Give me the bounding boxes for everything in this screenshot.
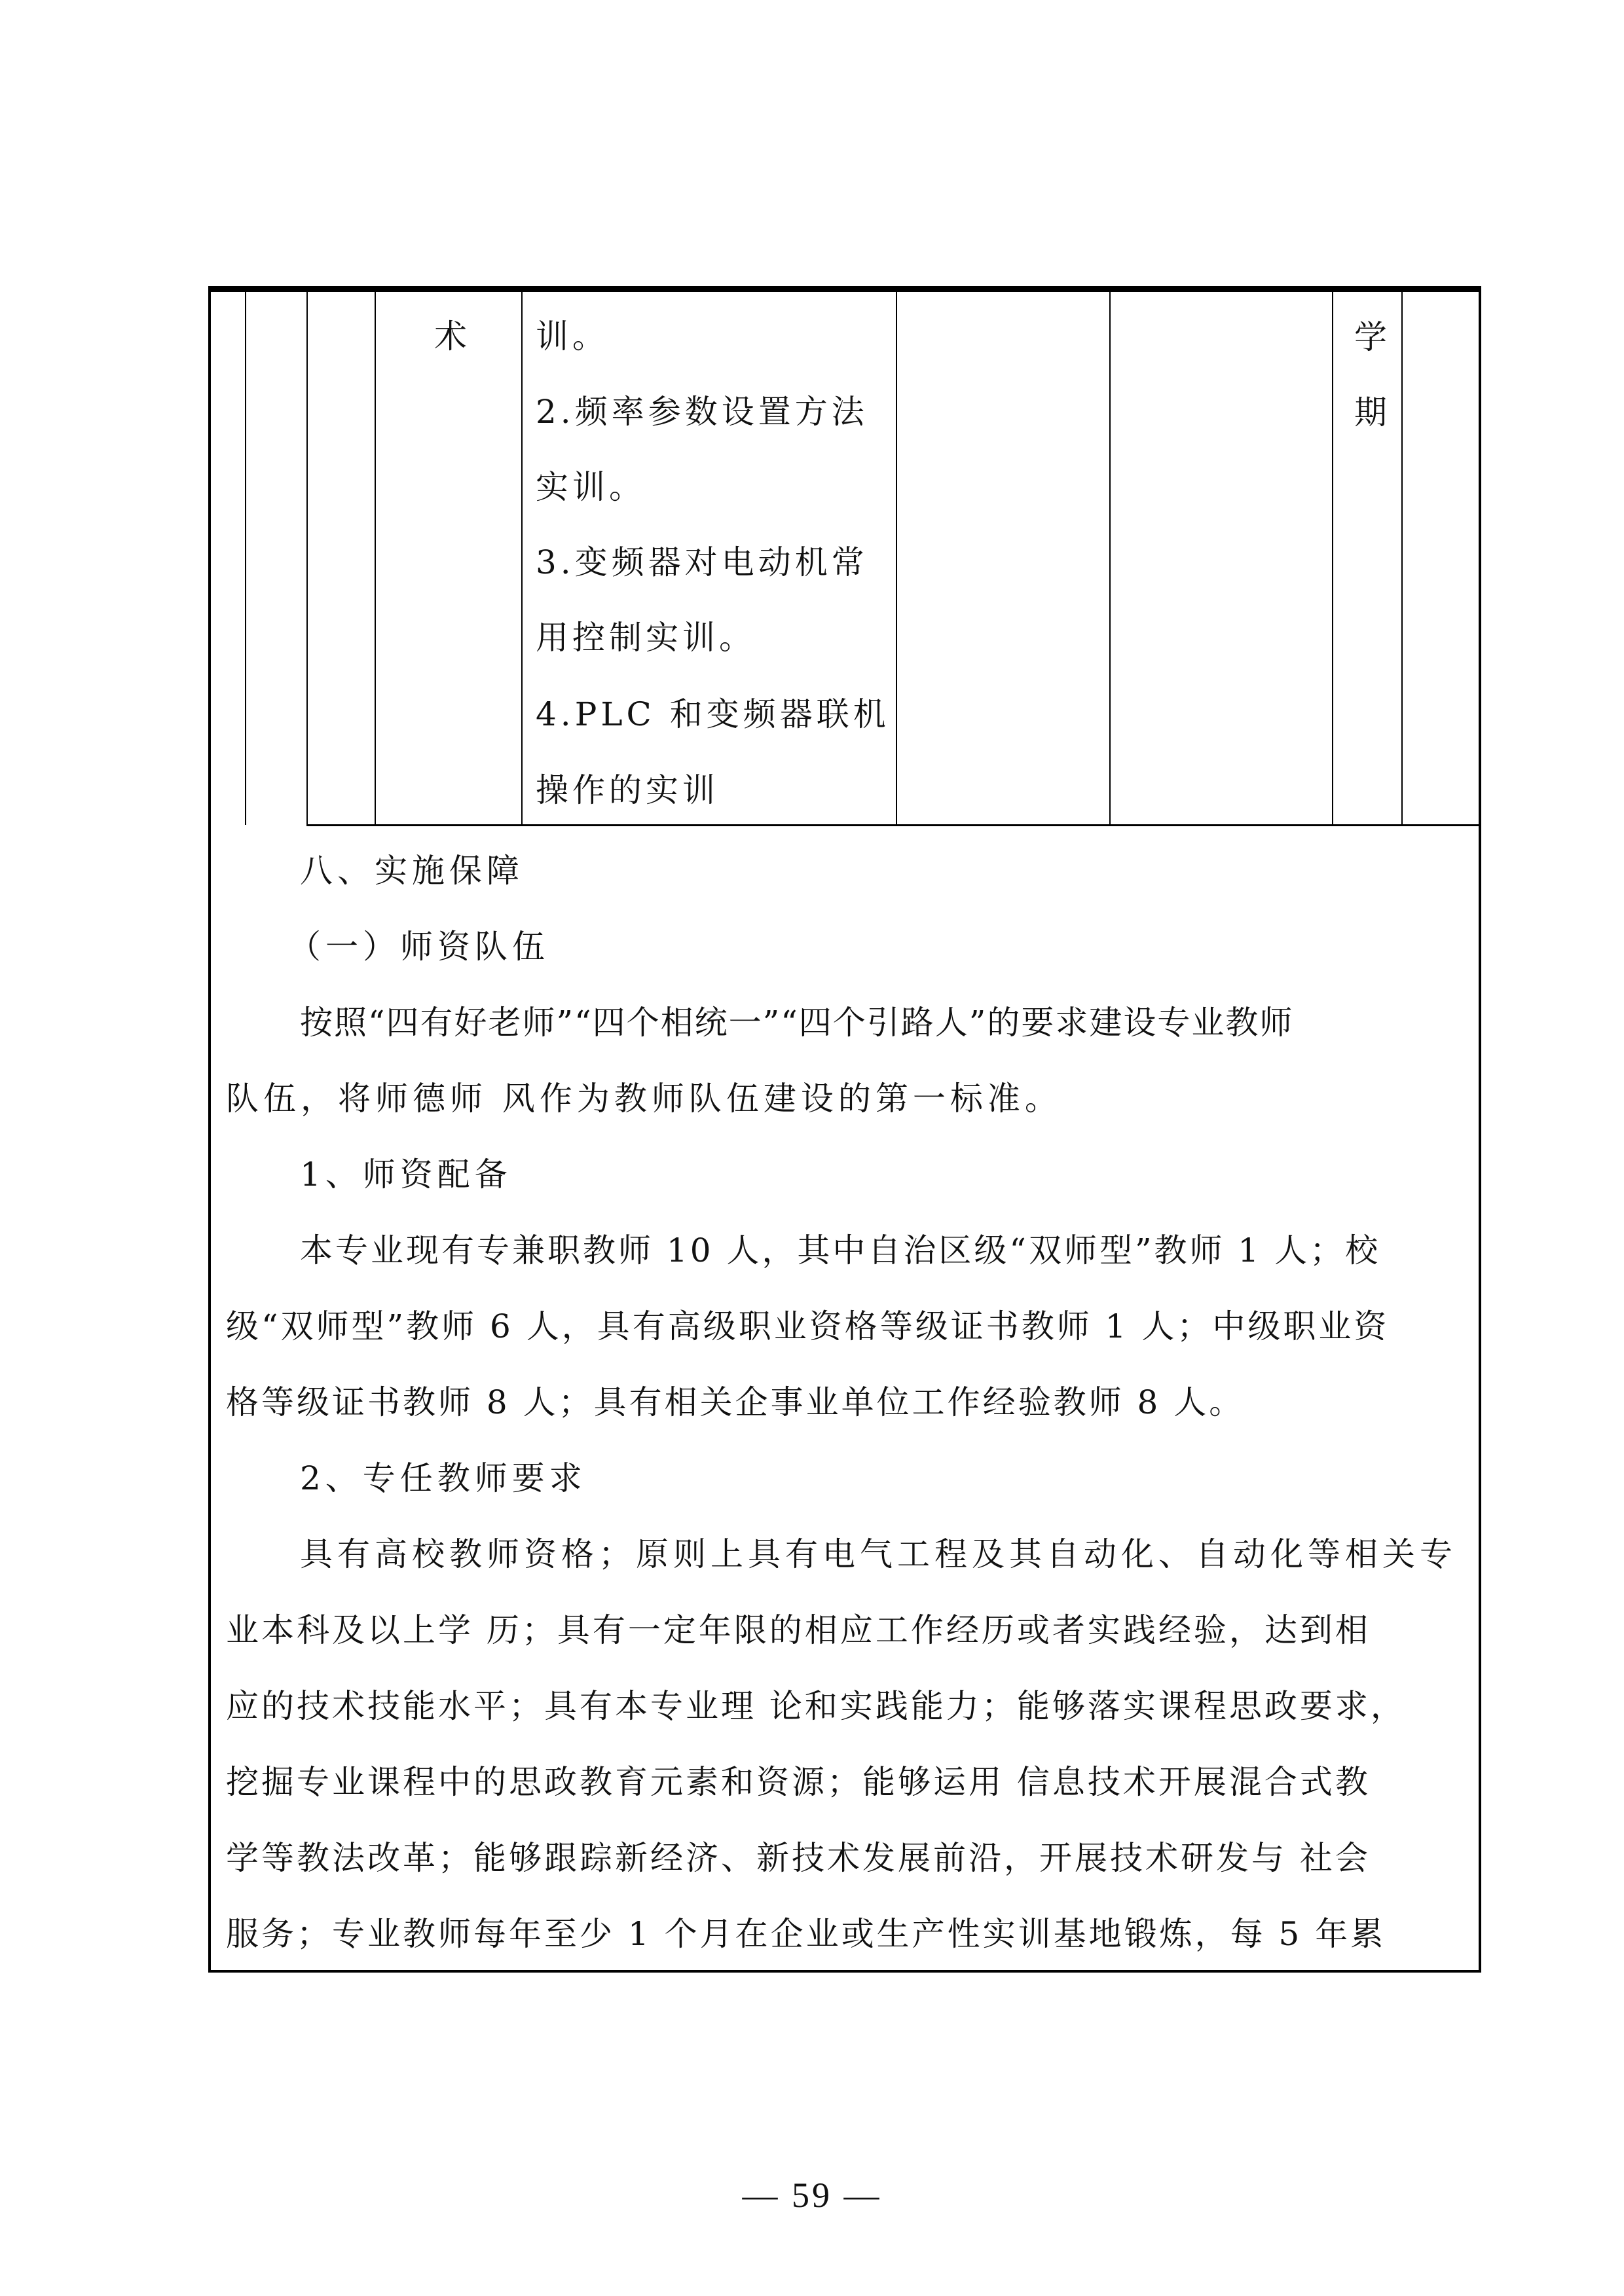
table-col-line xyxy=(306,286,308,826)
subsection-heading: （一）师资队伍 xyxy=(288,927,549,966)
semester-char: 学 xyxy=(1354,321,1387,354)
item2-heading: 2、专任教师要求 xyxy=(300,1459,587,1498)
paragraph-line: 学等教法改革；能够跟踪新经济、新技术发展前沿，开展技术研发与 社会 xyxy=(226,1838,1371,1878)
table-col-line xyxy=(1109,286,1111,826)
table-bottom-border xyxy=(306,824,1480,826)
paragraph-line: 级“双师型”教师 6 人，具有高级职业资格等级证书教师 1 人；中级职业资 xyxy=(226,1307,1389,1346)
paragraph-line: 应的技术技能水平；具有本专业理 论和实践能力；能够落实课程思政要求， xyxy=(226,1686,1406,1726)
paragraph-line: 服务；专业教师每年至少 1 个月在企业或生产性实训基地锻炼，每 5 年累 xyxy=(226,1914,1386,1954)
table-col-line xyxy=(245,286,246,825)
content-line: 训。 xyxy=(536,299,609,374)
content-line: 用控制实训。 xyxy=(536,600,756,676)
section-heading: 八、实施保障 xyxy=(300,851,524,890)
content-line: 4.PLC 和变频器联机 xyxy=(536,677,890,752)
paragraph-line: 格等级证书教师 8 人；具有相关企事业单位工作经验教师 8 人。 xyxy=(226,1383,1244,1422)
table-cell-category: 术 xyxy=(434,299,471,374)
content-line: 实训。 xyxy=(536,450,646,525)
content-line: 2.频率参数设置方法 xyxy=(536,374,868,450)
table-col-line xyxy=(521,286,523,826)
table-col-line xyxy=(1401,286,1403,826)
paragraph-line: 挖掘专业课程中的思政教育元素和资源；能够运用 信息技术开展混合式教 xyxy=(226,1762,1371,1802)
paragraph-line: 本专业现有专兼职教师 10 人，其中自治区级“双师型”教师 1 人；校 xyxy=(300,1231,1380,1270)
paragraph-line: 业本科及以上学 历；具有一定年限的相应工作经历或者实践经验，达到相 xyxy=(226,1611,1371,1650)
document-page: 术 训。 2.频率参数设置方法 实训。 3.变频器对电动机常 用控制实训。 4.… xyxy=(0,0,1624,2296)
paragraph-line: 队伍，将师德师 风作为教师队伍建设的第一标准。 xyxy=(226,1079,1062,1118)
content-line: 操作的实训 xyxy=(536,753,719,828)
table-col-line xyxy=(375,286,376,826)
table-top-border xyxy=(208,286,1481,292)
page-number: — 59 — xyxy=(0,2175,1624,2215)
paragraph-line: 具有高校教师资格；原则上具有电气工程及其自动化、自动化等相关专 xyxy=(300,1535,1457,1574)
content-line: 3.变频器对电动机常 xyxy=(536,525,868,600)
table-col-line xyxy=(1332,286,1333,826)
table-col-line xyxy=(896,286,897,826)
paragraph-line: 按照“四有好老师”“四个相统一”“四个引路人”的要求建设专业教师 xyxy=(300,1003,1293,1042)
item1-heading: 1、师资配备 xyxy=(300,1155,512,1194)
semester-char: 期 xyxy=(1354,396,1387,429)
